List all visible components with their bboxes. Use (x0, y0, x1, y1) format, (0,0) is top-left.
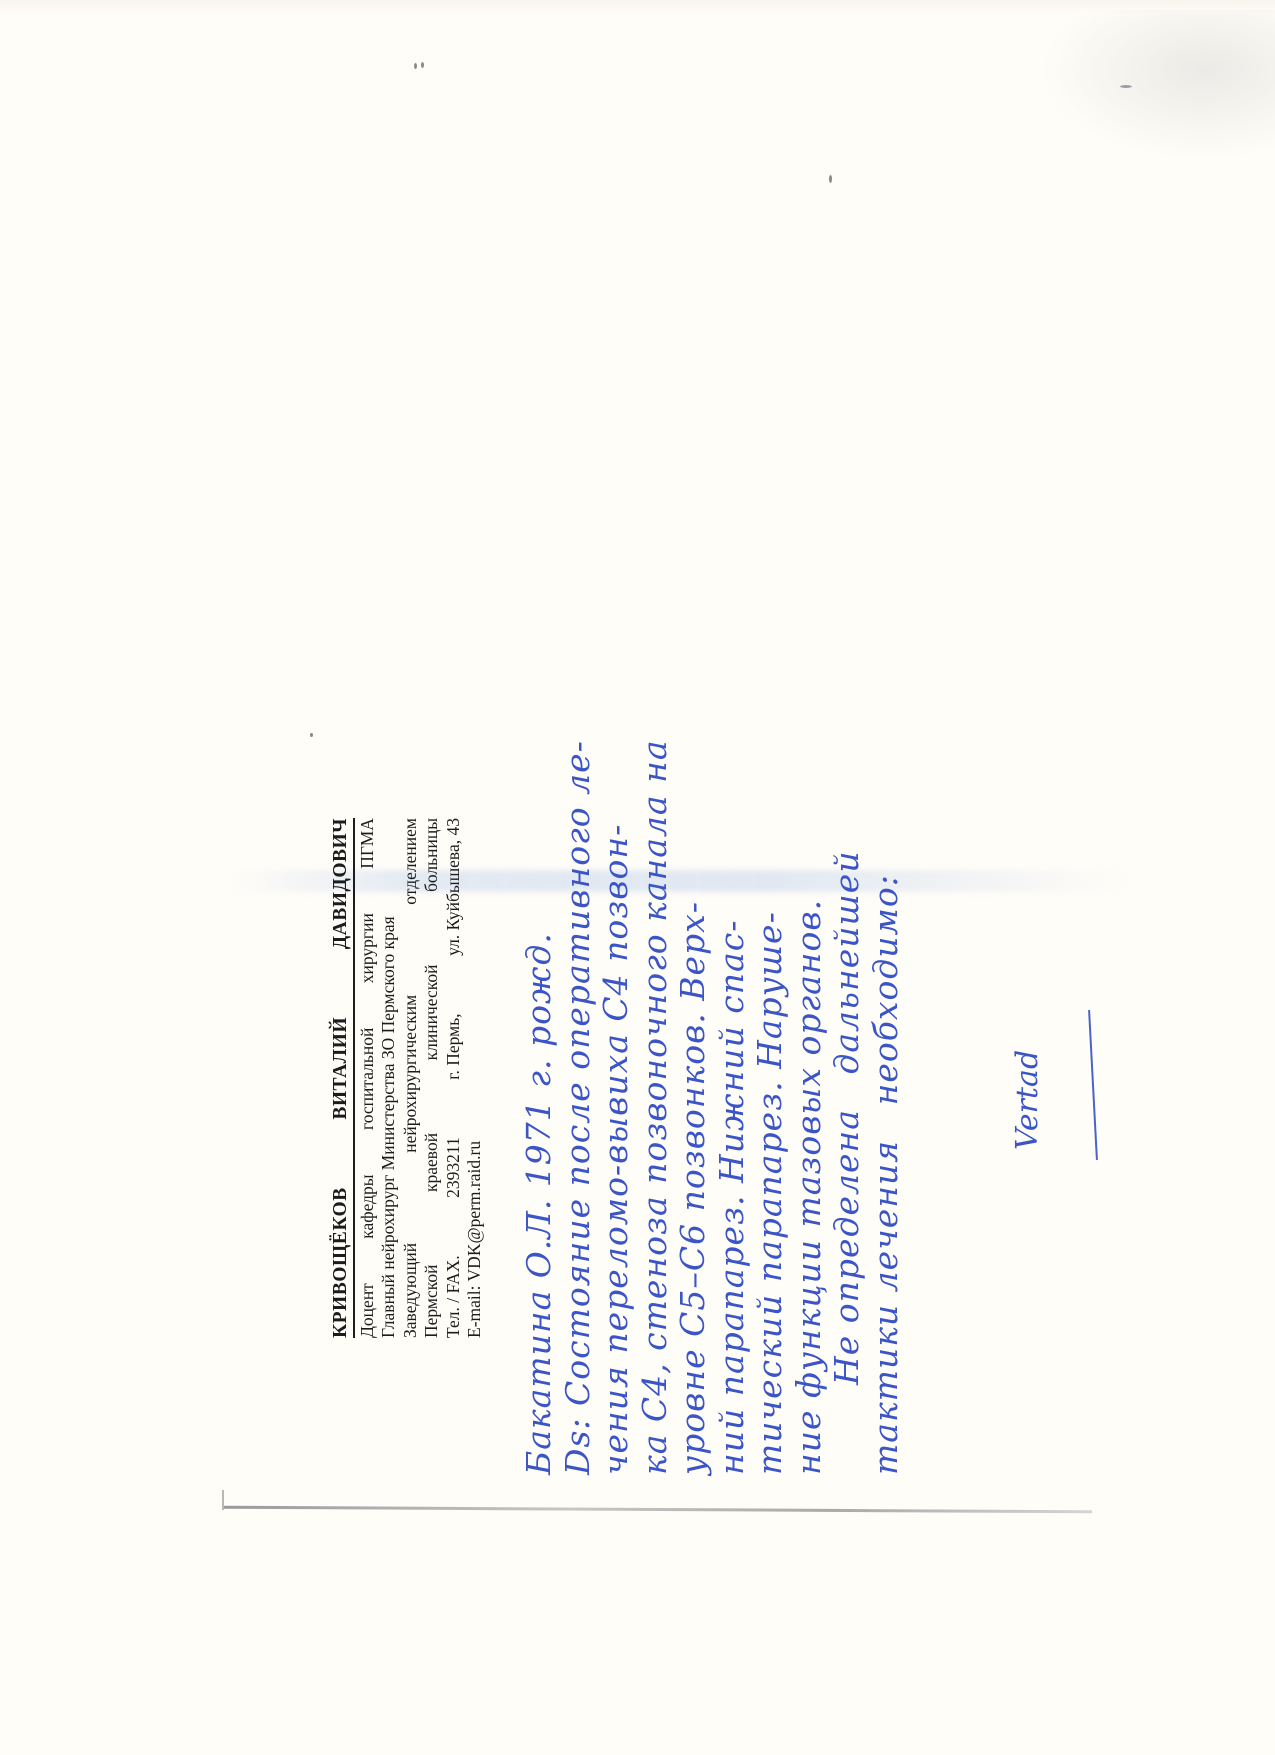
text: Доцент (357, 1283, 379, 1338)
note-line: уровне C5–C6 позвонков. Верх- (674, 225, 713, 1475)
letterhead-email: E-mail: VDK@perm.raid.ru (464, 818, 486, 1338)
text: ПГМА (357, 818, 379, 869)
dust-speck (1120, 85, 1132, 88)
text: госпитальной (357, 1028, 379, 1130)
first-name: ВИТАЛИЙ (330, 1017, 352, 1120)
phone-number: 2393211 (443, 1137, 465, 1198)
text: Не определена (827, 1109, 866, 1385)
text: Главный нейрохирург Министерства ЗО Перм… (378, 916, 400, 1338)
patient-name-line: Бакатина О.Л. 1971 г. рожд. (520, 225, 559, 1475)
text: тактики лечения (866, 1140, 905, 1475)
dust-speck (829, 175, 832, 183)
text: нейрохирургическим (400, 995, 422, 1153)
text: Пермской (421, 1265, 443, 1338)
letterhead-phone-address: Тел. / FAX. 2393211 г. Пермь, ул. Куйбыш… (443, 818, 465, 1338)
note-line: тактики лечения необходимо: (867, 225, 906, 1475)
text: больницы (421, 818, 443, 892)
note-line: ние функции тазовых органов. (790, 225, 829, 1475)
note-line: ний парапарез. Нижний спас- (713, 225, 752, 1475)
text: краевой (421, 1133, 443, 1192)
street-address: ул. Куйбышева, 43 (443, 818, 465, 956)
city: г. Пермь, (443, 1013, 465, 1079)
dust-speck (310, 733, 313, 737)
letterhead: КРИВОЩЁКОВ ВИТАЛИЙ ДАВИДОВИЧ Доцент кафе… (330, 818, 486, 1338)
letterhead-department: Заведующий нейрохирургическим отделением (400, 818, 422, 1338)
text: дальнейшей (827, 850, 866, 1074)
dust-speck (421, 62, 424, 68)
scan-shade (1040, 10, 1275, 160)
card-edge (222, 1490, 224, 1510)
note-line: чения переломо-вывиха C4 позвон- (597, 225, 636, 1475)
text: отделением (400, 818, 422, 905)
surname: КРИВОЩЁКОВ (330, 1187, 352, 1338)
email: E-mail: VDK@perm.raid.ru (464, 1141, 486, 1338)
handwritten-note: Бакатина О.Л. 1971 г. рожд. Ds: Состояни… (520, 225, 905, 1475)
text: кафедры (357, 1174, 379, 1238)
note-line: ка C4, стеноза позвоночного канала на (636, 225, 675, 1475)
text: хирургии (357, 913, 379, 983)
signature: Vertad (1010, 1050, 1045, 1150)
note-line: тический парапарез. Наруше- (751, 225, 790, 1475)
letterhead-title: Главный нейрохирург Министерства ЗО Перм… (378, 818, 400, 1338)
text: Тел. / FAX. (443, 1255, 465, 1338)
signature-underline (1088, 1010, 1098, 1160)
diagnosis-line: Ds: Состояние после оперативного ле- (559, 225, 598, 1475)
letterhead-hospital: Пермской краевой клинической больницы (421, 818, 443, 1338)
text: Заведующий (400, 1243, 422, 1338)
letterhead-name: КРИВОЩЁКОВ ВИТАЛИЙ ДАВИДОВИЧ (330, 818, 355, 1338)
letterhead-position: Доцент кафедры госпитальной хирургии ПГМ… (357, 818, 379, 1338)
note-line: Не определена дальнейшей (828, 225, 867, 1475)
text: необходимо: (866, 874, 905, 1105)
patronymic: ДАВИДОВИЧ (330, 818, 352, 949)
text: клинической (421, 965, 443, 1061)
card-edge (222, 1506, 1092, 1514)
dust-speck (414, 63, 417, 69)
